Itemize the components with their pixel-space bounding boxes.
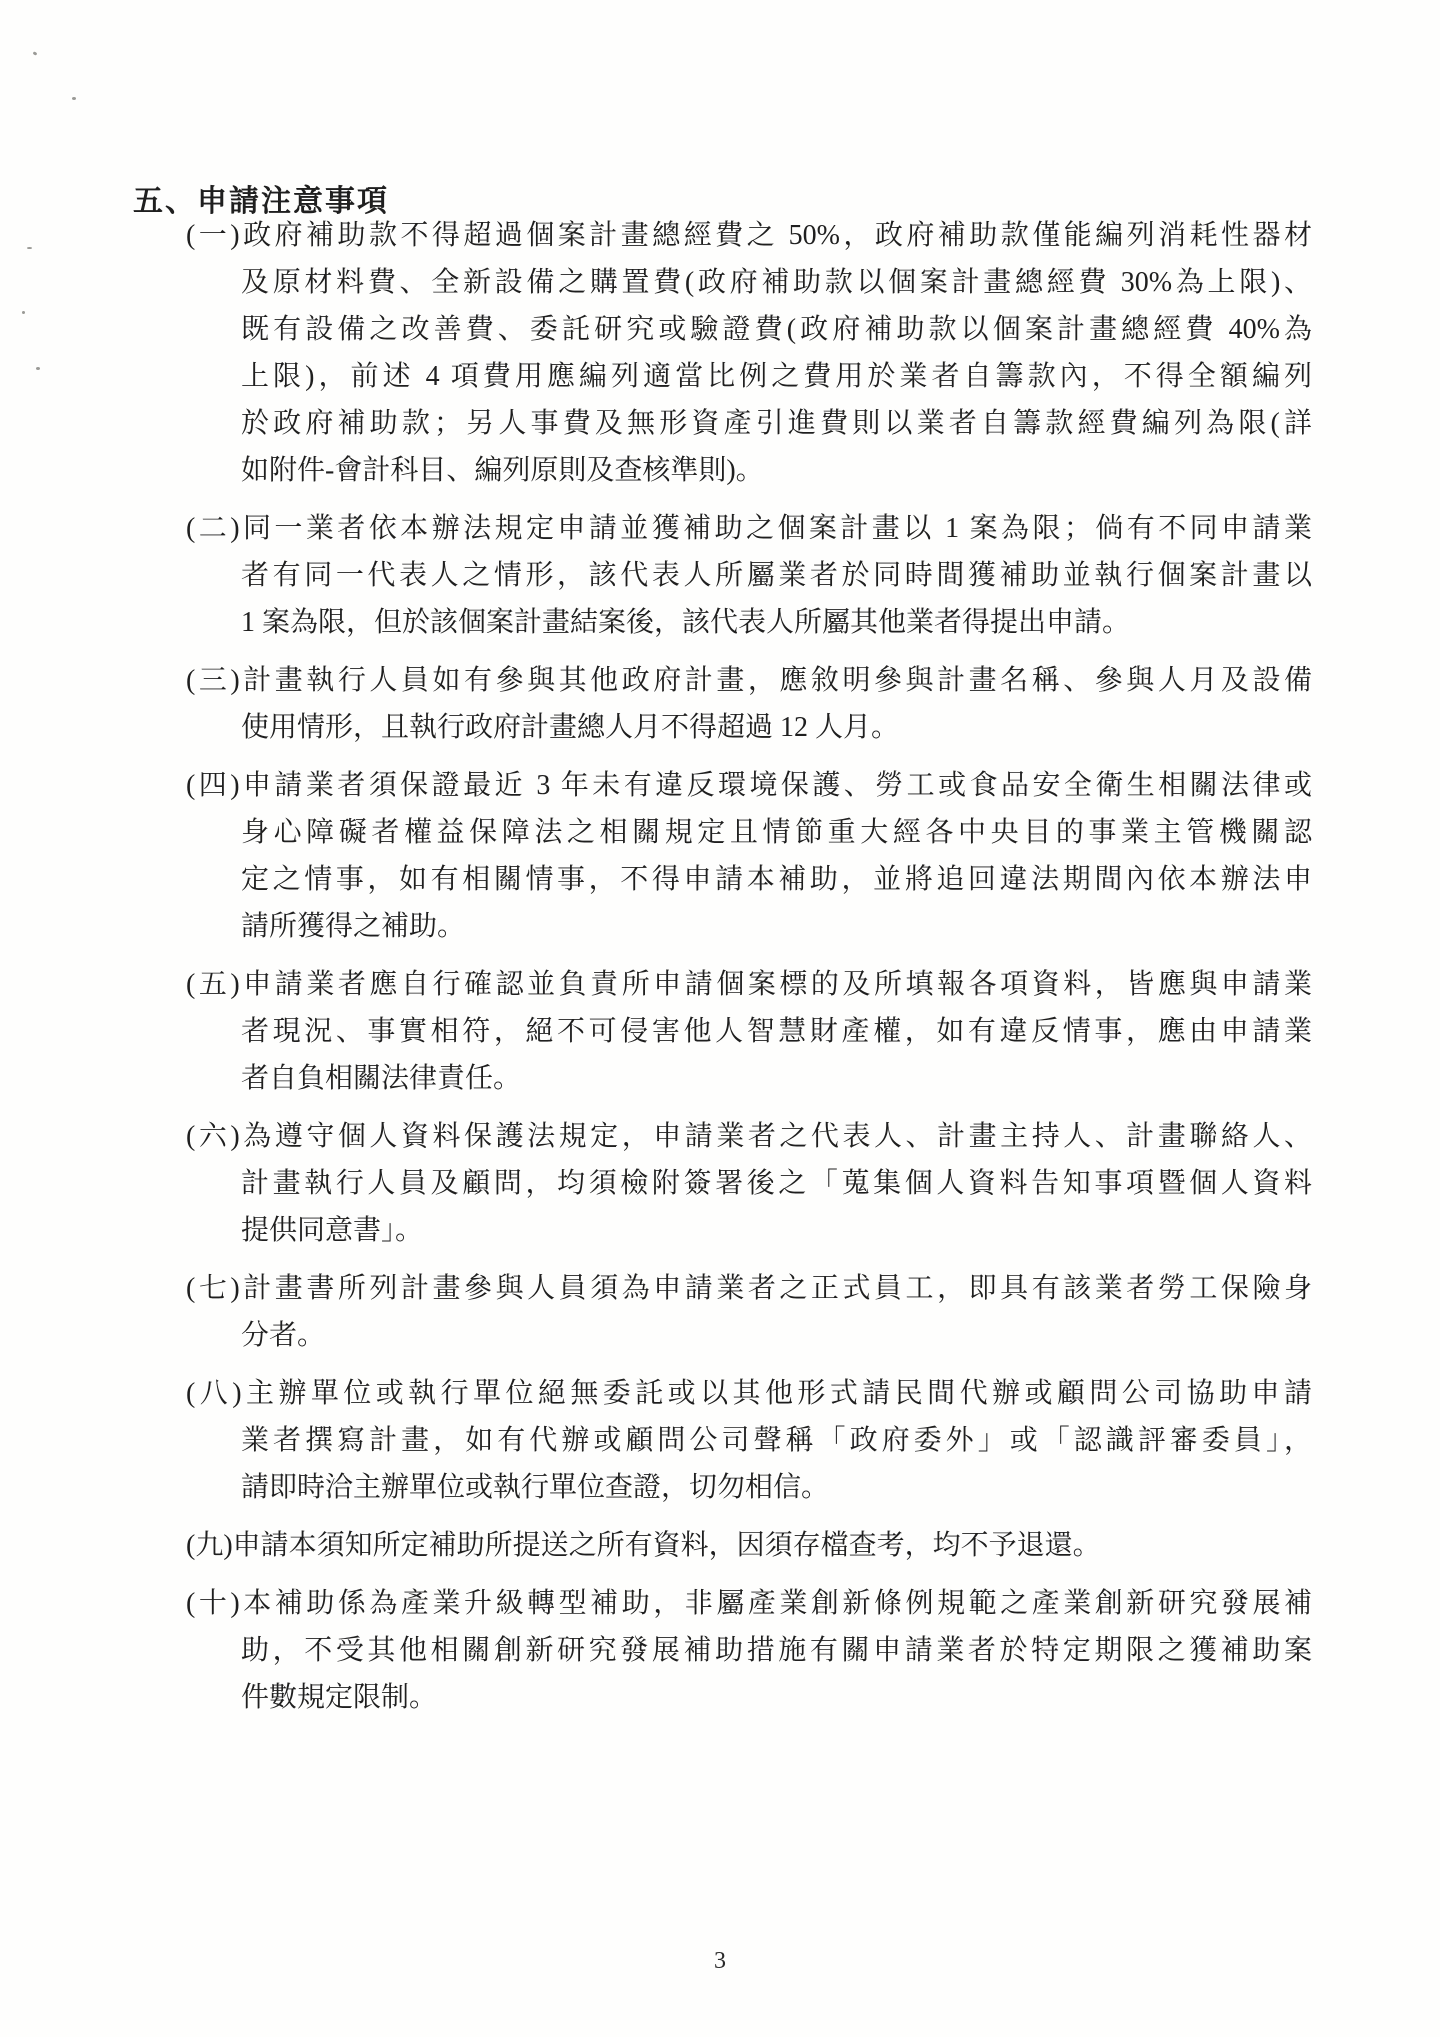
item-line: (六)為遵守個人資料保護法規定，申請業者之代表人、計畫主持人、計畫聯絡人、 xyxy=(186,1113,1312,1160)
item-line: 者有同一代表人之情形，該代表人所屬業者於同時間獲補助並執行個案計畫以 xyxy=(241,552,1312,599)
item-text: 為遵守個人資料保護法規定，申請業者之代表人、計畫主持人、計畫聯絡人、 xyxy=(240,1121,1312,1152)
item-line: 計畫執行人員及顧問，均須檢附簽署後之「蒐集個人資料告知事項暨個人資料 xyxy=(241,1160,1312,1207)
item-text: 同一業者依本辦法規定申請並獲補助之個案計畫以 1 案為限；倘有不同申請業 xyxy=(240,513,1312,544)
item-line: (三)計畫執行人員如有參與其他政府計畫，應敘明參與計畫名稱、參與人月及設備 xyxy=(186,657,1312,704)
scan-speckle xyxy=(27,247,32,249)
item-text: 主辦單位或執行單位絕無委託或以其他形式請民間代辦或顧問公司協助申請 xyxy=(242,1378,1312,1409)
item-line: 業者撰寫計畫，如有代辦或顧問公司聲稱「政府委外」或「認識評審委員」， xyxy=(241,1417,1312,1464)
note-item: (一)政府補助款不得超過個案計畫總經費之 50%，政府補助款僅能編列消耗性器材及… xyxy=(186,212,1312,494)
note-item: (六)為遵守個人資料保護法規定，申請業者之代表人、計畫主持人、計畫聯絡人、計畫執… xyxy=(186,1113,1312,1254)
item-line: 1 案為限，但於該個案計畫結案後，該代表人所屬其他業者得提出申請。 xyxy=(241,599,1312,646)
item-marker: (十) xyxy=(186,1588,240,1619)
item-line: (五)申請業者應自行確認並負責所申請個案標的及所填報各項資料，皆應與申請業 xyxy=(186,961,1312,1008)
item-line: 分者。 xyxy=(241,1312,1312,1359)
note-item: (二)同一業者依本辦法規定申請並獲補助之個案計畫以 1 案為限；倘有不同申請業者… xyxy=(186,505,1312,646)
item-text: 本補助係為產業升級轉型補助，非屬產業創新條例規範之產業創新研究發展補 xyxy=(240,1588,1312,1619)
scan-speckle xyxy=(36,367,40,370)
item-text: 政府補助款不得超過個案計畫總經費之 50%，政府補助款僅能編列消耗性器材 xyxy=(240,220,1312,251)
item-text: 申請本須知所定補助所提送之所有資料，因須存檔查考，均不予退還。 xyxy=(233,1530,1101,1561)
page-number: 3 xyxy=(0,1948,1440,1975)
item-line: 上限)，前述 4 項費用應編列適當比例之費用於業者自籌款內，不得全額編列 xyxy=(241,353,1312,400)
item-marker: (六) xyxy=(186,1121,240,1152)
item-line: (十)本補助係為產業升級轉型補助，非屬產業創新條例規範之產業創新研究發展補 xyxy=(186,1580,1312,1627)
item-line: (四)申請業者須保證最近 3 年未有違反環境保護、勞工或食品安全衛生相關法律或 xyxy=(186,762,1312,809)
item-marker: (九) xyxy=(186,1530,233,1561)
item-text: 計畫執行人員如有參與其他政府計畫，應敘明參與計畫名稱、參與人月及設備 xyxy=(240,665,1312,696)
note-item: (四)申請業者須保證最近 3 年未有違反環境保護、勞工或食品安全衛生相關法律或身… xyxy=(186,762,1312,950)
item-line: 者自負相關法律責任。 xyxy=(241,1055,1312,1102)
item-text: 申請業者須保證最近 3 年未有違反環境保護、勞工或食品安全衛生相關法律或 xyxy=(240,770,1312,801)
item-marker: (七) xyxy=(186,1273,240,1304)
item-line: 身心障礙者權益保障法之相關規定且情節重大經各中央目的事業主管機關認 xyxy=(241,809,1312,856)
item-line: 提供同意書」。 xyxy=(241,1207,1312,1254)
item-line: (九)申請本須知所定補助所提送之所有資料，因須存檔查考，均不予退還。 xyxy=(186,1522,1312,1569)
item-line: 使用情形，且執行政府計畫總人月不得超過 12 人月。 xyxy=(241,704,1312,751)
item-line: (二)同一業者依本辦法規定申請並獲補助之個案計畫以 1 案為限；倘有不同申請業 xyxy=(186,505,1312,552)
item-line: 請即時洽主辦單位或執行單位查證，切勿相信。 xyxy=(241,1464,1312,1511)
note-item: (七)計畫書所列計畫參與人員須為申請業者之正式員工，即具有該業者勞工保險身分者。 xyxy=(186,1265,1312,1359)
note-item: (五)申請業者應自行確認並負責所申請個案標的及所填報各項資料，皆應與申請業者現況… xyxy=(186,961,1312,1102)
note-item: (三)計畫執行人員如有參與其他政府計畫，應敘明參與計畫名稱、參與人月及設備使用情… xyxy=(186,657,1312,751)
item-line: 助，不受其他相關創新研究發展補助措施有關申請業者於特定期限之獲補助案 xyxy=(241,1627,1312,1674)
item-line: 請所獲得之補助。 xyxy=(241,903,1312,950)
item-text: 申請業者應自行確認並負責所申請個案標的及所填報各項資料，皆應與申請業 xyxy=(240,969,1312,1000)
item-line: 如附件-會計科目、編列原則及查核準則)。 xyxy=(241,447,1312,494)
scan-speckle xyxy=(33,51,38,56)
document-page: 五、申請注意事項 (一)政府補助款不得超過個案計畫總經費之 50%，政府補助款僅… xyxy=(0,0,1440,2037)
item-marker: (五) xyxy=(186,969,240,1000)
item-line: 者現況、事實相符，絕不可侵害他人智慧財產權，如有違反情事，應由申請業 xyxy=(241,1008,1312,1055)
item-line: (八)主辦單位或執行單位絕無委託或以其他形式請民間代辦或顧問公司協助申請 xyxy=(186,1370,1312,1417)
item-line: 及原材料費、全新設備之購置費(政府補助款以個案計畫總經費 30%為上限)、 xyxy=(241,259,1312,306)
item-text: 計畫書所列計畫參與人員須為申請業者之正式員工，即具有該業者勞工保險身 xyxy=(240,1273,1312,1304)
scan-speckle xyxy=(22,311,25,314)
item-line: (七)計畫書所列計畫參與人員須為申請業者之正式員工，即具有該業者勞工保險身 xyxy=(186,1265,1312,1312)
note-item: (八)主辦單位或執行單位絕無委託或以其他形式請民間代辦或顧問公司協助申請業者撰寫… xyxy=(186,1370,1312,1511)
scan-speckle xyxy=(72,97,76,100)
notes-list: (一)政府補助款不得超過個案計畫總經費之 50%，政府補助款僅能編列消耗性器材及… xyxy=(186,212,1312,1732)
item-marker: (八) xyxy=(186,1378,242,1409)
item-line: (一)政府補助款不得超過個案計畫總經費之 50%，政府補助款僅能編列消耗性器材 xyxy=(186,212,1312,259)
item-marker: (三) xyxy=(186,665,240,696)
item-line: 件數規定限制。 xyxy=(241,1674,1312,1721)
item-marker: (一) xyxy=(186,220,240,251)
item-line: 於政府補助款；另人事費及無形資產引進費則以業者自籌款經費編列為限(詳 xyxy=(241,400,1312,447)
item-marker: (四) xyxy=(186,770,240,801)
item-line: 既有設備之改善費、委託研究或驗證費(政府補助款以個案計畫總經費 40%為 xyxy=(241,306,1312,353)
item-line: 定之情事，如有相關情事，不得申請本補助，並將追回違法期間內依本辦法申 xyxy=(241,856,1312,903)
item-marker: (二) xyxy=(186,513,240,544)
note-item: (十)本補助係為產業升級轉型補助，非屬產業創新條例規範之產業創新研究發展補助，不… xyxy=(186,1580,1312,1721)
note-item: (九)申請本須知所定補助所提送之所有資料，因須存檔查考，均不予退還。 xyxy=(186,1522,1312,1569)
